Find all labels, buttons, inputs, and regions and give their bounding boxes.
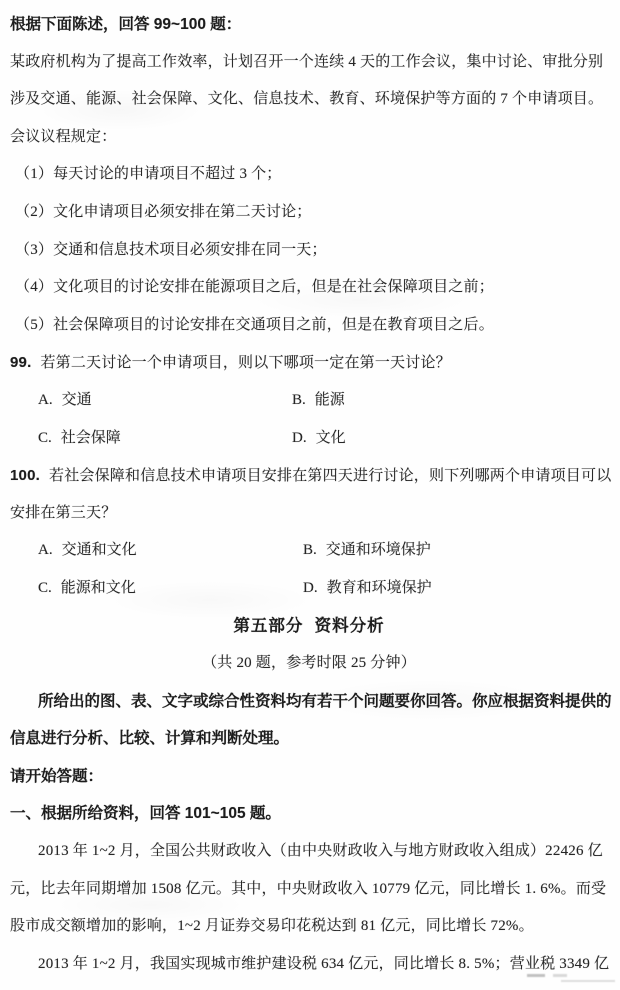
- q100-option-a-label: A.: [38, 532, 53, 570]
- passage-line-1: 某政府机构为了提高工作效率，计划召开一个连续 4 天的工作会议，集中讨论、审批分…: [10, 44, 608, 82]
- q99-option-b-text: 能源: [315, 392, 345, 408]
- question-100-stem-text-1: 若社会保障和信息技术申请项目安排在第四天进行讨论，则下列哪两个申请项目可以: [49, 468, 611, 484]
- q99-option-d-label: D.: [292, 420, 307, 458]
- question-99-stem: 99.若第二天讨论一个申请项目，则以下哪项一定在第一天讨论？: [10, 344, 608, 382]
- material-p1-line-1: 2013 年 1~2 月，全国公共财政收入（由中央财政收入与地方财政收入组成）2…: [10, 833, 608, 871]
- q100-option-d-label: D.: [303, 570, 318, 608]
- intro-heading: 根据下面陈述，回答 99~100 题：: [10, 6, 608, 44]
- q99-option-c-label: C.: [38, 420, 52, 458]
- q100-option-b-text: 交通和环境保护: [326, 542, 431, 558]
- rule-item-4: （4）文化项目的讨论安排在能源项目之后，但是在社会保障项目之前；: [10, 269, 608, 307]
- rule-item-1: （1）每天讨论的申请项目不超过 3 个；: [10, 156, 608, 194]
- question-100-number: 100.: [10, 467, 40, 484]
- material-p1-line-2: 元，比去年同期增加 1508 亿元。其中，中央财政收入 10779 亿元，同比增…: [10, 871, 608, 909]
- q99-option-b: B.能源: [292, 382, 345, 420]
- q99-options-row-ab: A.交通 B.能源: [10, 382, 608, 420]
- question-100-stem-line-2: 安排在第三天？: [10, 495, 608, 533]
- passage-line-2: 涉及交通、能源、社会保障、文化、信息技术、教育、环境保护等方面的 7 个申请项目…: [10, 81, 608, 119]
- q99-option-a-text: 交通: [62, 392, 92, 408]
- rule-item-2: （2）文化申请项目必须安排在第二天讨论；: [10, 194, 608, 232]
- q100-options-row-cd: C.能源和文化 D.教育和环境保护: [10, 570, 608, 608]
- q100-option-b: B.交通和环境保护: [303, 532, 431, 570]
- q100-option-c-text: 能源和文化: [61, 580, 136, 596]
- question-99-number: 99.: [10, 354, 31, 371]
- q100-option-c: C.能源和文化: [38, 570, 136, 608]
- material-p2-line-1: 2013 年 1~2 月，我国实现城市维护建设税 634 亿元，同比增长 8. …: [10, 946, 608, 984]
- start-prompt: 请开始答题：: [10, 758, 608, 796]
- rule-item-3: （3）交通和信息技术项目必须安排在同一天；: [10, 232, 608, 270]
- q100-options-row-ab: A.交通和文化 B.交通和环境保护: [10, 532, 608, 570]
- q99-option-d-text: 文化: [316, 430, 346, 446]
- q99-option-d: D.文化: [292, 420, 346, 458]
- part5-title: 第五部分 资料分析: [10, 608, 608, 646]
- q100-option-d-text: 教育和环境保护: [327, 580, 432, 596]
- q99-option-a: A.交通: [38, 382, 92, 420]
- part5-subtitle: （共 20 题，参考时限 25 分钟）: [10, 645, 608, 683]
- q100-option-b-label: B.: [303, 532, 317, 570]
- q100-option-a: A.交通和文化: [38, 532, 137, 570]
- group-heading: 一、根据所给资料，回答 101~105 题。: [10, 795, 608, 833]
- exam-document-page: 根据下面陈述，回答 99~100 题： 某政府机构为了提高工作效率，计划召开一个…: [0, 0, 620, 990]
- q99-option-c: C.社会保障: [38, 420, 121, 458]
- rules-heading: 会议议程规定：: [10, 119, 608, 157]
- q100-option-d: D.教育和环境保护: [303, 570, 432, 608]
- part5-instructions-line-1: 所给出的图、表、文字或综合性资料均有若干个问题要你回答。你应根据资料提供的: [10, 683, 608, 721]
- question-100-stem-line-1: 100.若社会保障和信息技术申请项目安排在第四天进行讨论，则下列哪两个申请项目可…: [10, 457, 608, 495]
- q99-options-row-cd: C.社会保障 D.文化: [10, 420, 608, 458]
- rule-item-5: （5）社会保障项目的讨论安排在交通项目之前，但是在教育项目之后。: [10, 307, 608, 345]
- q99-option-b-label: B.: [292, 382, 306, 420]
- q100-option-c-label: C.: [38, 570, 52, 608]
- material-p1-line-3: 股市成交额增加的影响，1~2 月证券交易印花税达到 81 亿元，同比增长 72%…: [10, 908, 608, 946]
- question-99-stem-text: 若第二天讨论一个申请项目，则以下哪项一定在第一天讨论？: [40, 355, 450, 371]
- q99-option-a-label: A.: [38, 382, 53, 420]
- q99-option-c-text: 社会保障: [61, 430, 121, 446]
- q100-option-a-text: 交通和文化: [62, 542, 137, 558]
- part5-instructions-line-2: 信息进行分析、比较、计算和判断处理。: [10, 720, 608, 758]
